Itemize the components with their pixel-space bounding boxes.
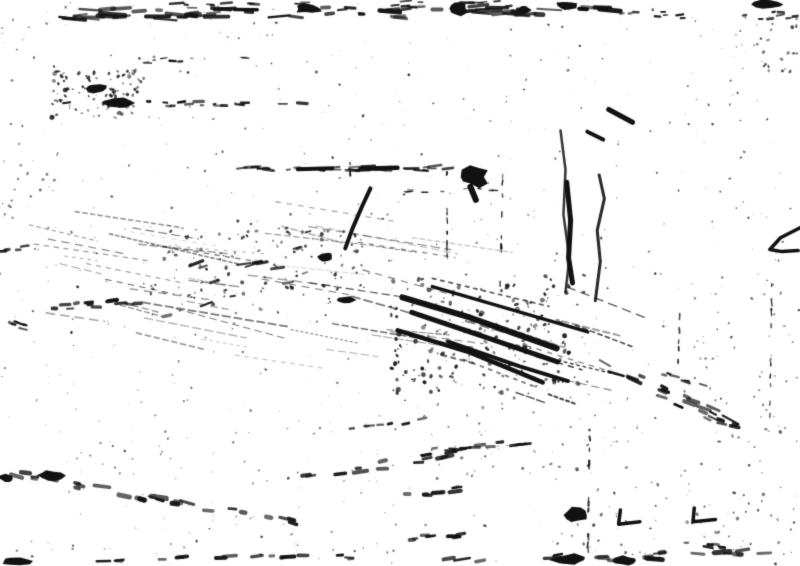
grunge-texture-canvas [0, 0, 800, 566]
grunge-texture [0, 0, 800, 566]
